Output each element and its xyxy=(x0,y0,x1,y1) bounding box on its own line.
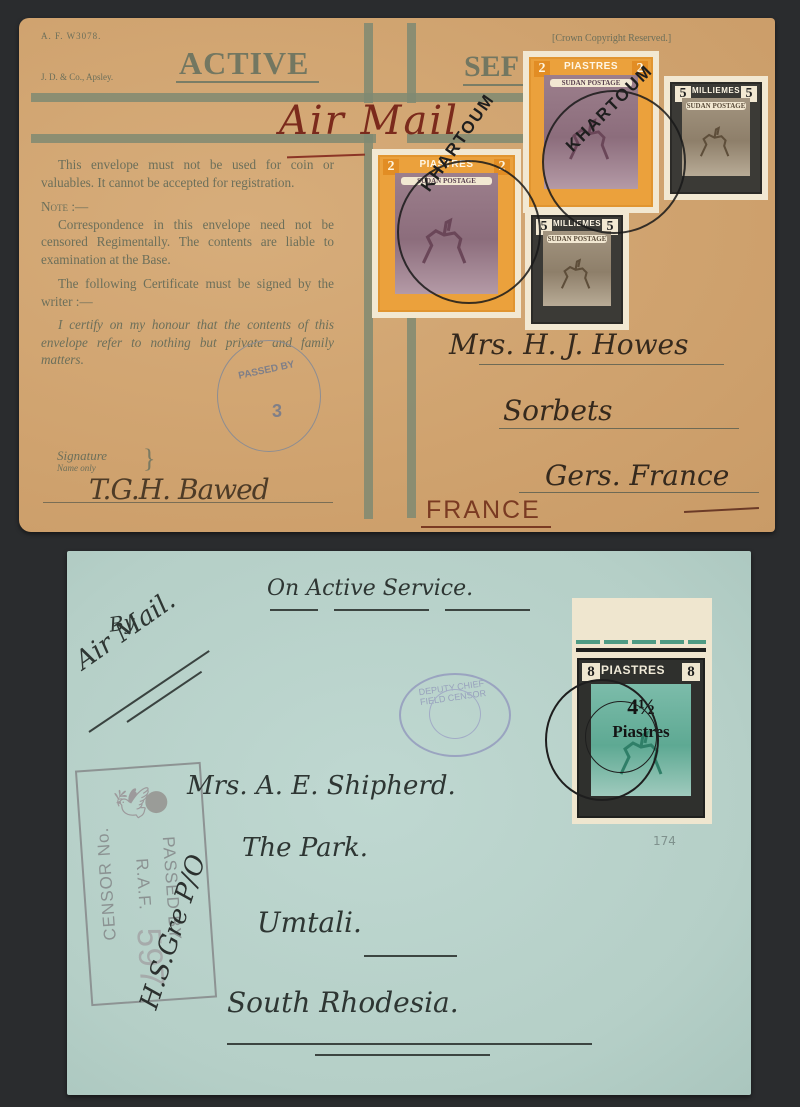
stamp-country: SUDAN POSTAGE xyxy=(547,235,607,243)
camel-rider-icon xyxy=(694,121,735,164)
printed-bar xyxy=(364,23,373,103)
stamp-header: PIASTRES xyxy=(601,663,665,677)
crown-copyright: [Crown Copyright Reserved.] xyxy=(552,33,671,44)
address-line-2: Sorbets xyxy=(503,394,613,427)
khartoum-postmark: KHARTOUM xyxy=(542,90,686,234)
khartoum-postmark: KHARTOUM xyxy=(397,160,541,304)
envelope-notice: This envelope must not be used for coin … xyxy=(41,156,334,369)
signature-label-text: Signature xyxy=(57,448,107,463)
heading-service: SEF xyxy=(464,50,519,84)
selvage-bar xyxy=(576,640,706,644)
pencil-catalogue-note: 174 xyxy=(653,834,676,848)
notice-paragraph: This envelope must not be used for coin … xyxy=(41,156,334,191)
air-mail-envelope: On Active Service. By Air Mail. DEPUTY C… xyxy=(67,551,751,1095)
address-line-4: South Rhodesia. xyxy=(227,986,459,1019)
signature-label: Signature Name only xyxy=(57,449,107,475)
heading-active: ACTIVE xyxy=(179,45,309,82)
address-rule xyxy=(479,364,724,365)
selvage-bar xyxy=(576,648,706,652)
active-service-envelope: A. F. W3078. J. D. & Co., Apsley. ACTIVE… xyxy=(19,18,775,532)
printed-bar xyxy=(407,23,416,103)
printer-imprint: J. D. & Co., Apsley. xyxy=(41,72,113,82)
address-rule xyxy=(499,428,739,429)
note-label: Note :— xyxy=(41,198,334,216)
camel-rider-icon xyxy=(555,254,596,295)
address-line-3: Umtali. xyxy=(257,906,362,939)
notice-paragraph: Correspondence in this envelope need not… xyxy=(41,216,334,269)
ink-underline xyxy=(270,609,318,611)
faint-postmark-text: PASSED BY xyxy=(237,359,295,382)
handwritten-signature: T.G.H. Bawed xyxy=(89,473,269,506)
notice-paragraph: The following Certificate must be signed… xyxy=(41,275,334,310)
address-line-2: The Park. xyxy=(242,833,368,863)
address-line-3: Gers. France xyxy=(545,459,729,492)
crown-censor-cachet: DEPUTY CHIEF FIELD CENSOR xyxy=(399,673,511,757)
address-rule xyxy=(519,492,759,493)
stamp-header: MILLIEMES xyxy=(692,86,740,95)
stamp-header: PIASTRES xyxy=(564,61,618,72)
faint-postmark-digit: 3 xyxy=(272,401,282,422)
faint-postmark: PASSED BY 3 xyxy=(217,340,321,452)
ink-underline xyxy=(684,507,759,513)
ink-underline xyxy=(227,1043,592,1045)
handwritten-air-mail: Air Mail xyxy=(279,98,459,144)
crown-icon xyxy=(145,790,168,813)
crown-icon xyxy=(429,689,481,739)
printed-bar xyxy=(407,318,416,518)
ink-underline xyxy=(315,1054,490,1056)
ink-underline xyxy=(364,955,457,957)
red-underline xyxy=(421,526,551,528)
ink-underline xyxy=(445,609,530,611)
address-line-1: Mrs. A. E. Shipherd. xyxy=(187,771,456,801)
cancellation-postmark-inner xyxy=(585,701,657,773)
stamp-value: 8 xyxy=(682,663,700,681)
ink-underline xyxy=(88,650,209,733)
printed-bar xyxy=(364,134,373,519)
heading-underline xyxy=(176,81,319,83)
address-line-1: Mrs. H. J. Howes xyxy=(449,328,688,361)
censor-line: R.A.F. xyxy=(131,858,155,912)
censor-line: CENSOR No. xyxy=(93,826,121,941)
on-active-service: On Active Service. xyxy=(267,576,473,601)
form-number: A. F. W3078. xyxy=(41,31,101,41)
destination-france: FRANCE xyxy=(426,496,541,525)
stamp-country: SUDAN POSTAGE xyxy=(686,102,746,110)
handwritten-air-mail: Air Mail. xyxy=(70,586,181,676)
ink-underline xyxy=(334,609,429,611)
camel-postman-vignette: SUDAN POSTAGE xyxy=(543,231,612,306)
brace-icon: } xyxy=(143,447,155,471)
heading-underline xyxy=(463,84,523,86)
camel-postman-vignette: SUDAN POSTAGE xyxy=(682,98,751,176)
